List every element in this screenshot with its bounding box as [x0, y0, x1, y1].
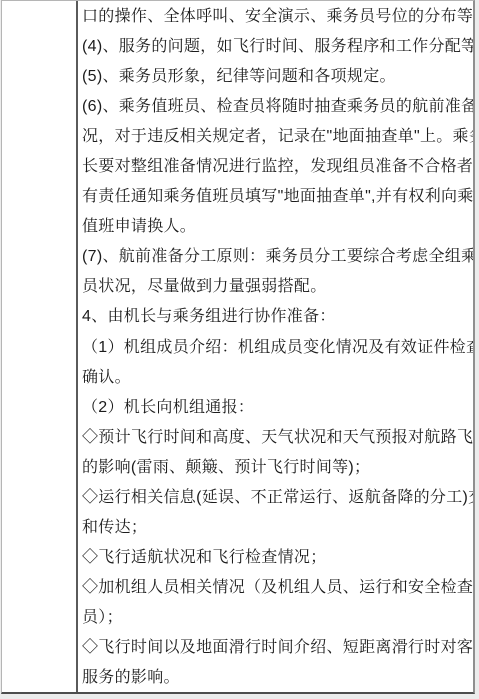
text-line: ◇加机组人员相关情况（及机组人员、运行和安全检查人 [82, 573, 472, 603]
text-line: (5)、乘务员形象，纪律等问题和各项规定。 [82, 62, 472, 92]
text-line: （2）机长向机组通报： [82, 393, 472, 423]
text-line: (7)、航前准备分工原则：乘务员分工要综合考虑全组乘务 [82, 242, 472, 272]
text-line: 员状况，尽量做到力量强弱搭配。 [82, 272, 472, 302]
text-line: 况，对于违反相关规定者，记录在"地面抽查单"上。乘务 [82, 122, 472, 152]
text-line: ◇飞行时间以及地面滑行时间介绍、短距离滑行时对客舱 [82, 633, 472, 663]
preparation-procedure-table: 口的操作、全体呼叫、安全演示、乘务员号位的分布等； (4)、服务的问题，如飞行时… [1, 0, 475, 694]
text-line: (4)、服务的问题，如飞行时间、服务程序和工作分配等； [82, 32, 472, 62]
text-line: ◇飞行适航状况和飞行检查情况； [82, 543, 472, 573]
text-line: ◇预计飞行时间和高度、天气状况和天气预报对航路飞行 [82, 423, 472, 453]
text-line: 有责任通知乘务值班员填写"地面抽查单",并有权利向乘务 [82, 182, 472, 212]
text-line: 员）； [82, 603, 472, 633]
text-line: 和传达； [82, 513, 472, 543]
text-line: 4、由机长与乘务组进行协作准备： [82, 302, 472, 332]
text-line: 的影响(雷雨、颠簸、预计飞行时间等)； [82, 453, 472, 483]
text-line: (6)、乘务值班员、检查员将随时抽查乘务员的航前准备情 [82, 92, 472, 122]
text-line: （1）机组成员介绍：机组成员变化情况及有效证件检查 [82, 333, 472, 363]
table-left-cell [2, 1, 78, 692]
text-line: 值班申请换人。 [82, 212, 472, 242]
text-line: 服务的影响。 [82, 663, 472, 692]
text-line: 口的操作、全体呼叫、安全演示、乘务员号位的分布等； [82, 2, 472, 32]
table-body-cell: 口的操作、全体呼叫、安全演示、乘务员号位的分布等； (4)、服务的问题，如飞行时… [78, 1, 473, 692]
document-page: 口的操作、全体呼叫、安全演示、乘务员号位的分布等； (4)、服务的问题，如飞行时… [0, 0, 479, 699]
text-line: 长要对整组准备情况进行监控，发现组员准备不合格者， [82, 152, 472, 182]
text-line: ◇运行相关信息(延误、不正常运行、返航备降的分工)交流 [82, 483, 472, 513]
text-line: 确认。 [82, 363, 472, 393]
